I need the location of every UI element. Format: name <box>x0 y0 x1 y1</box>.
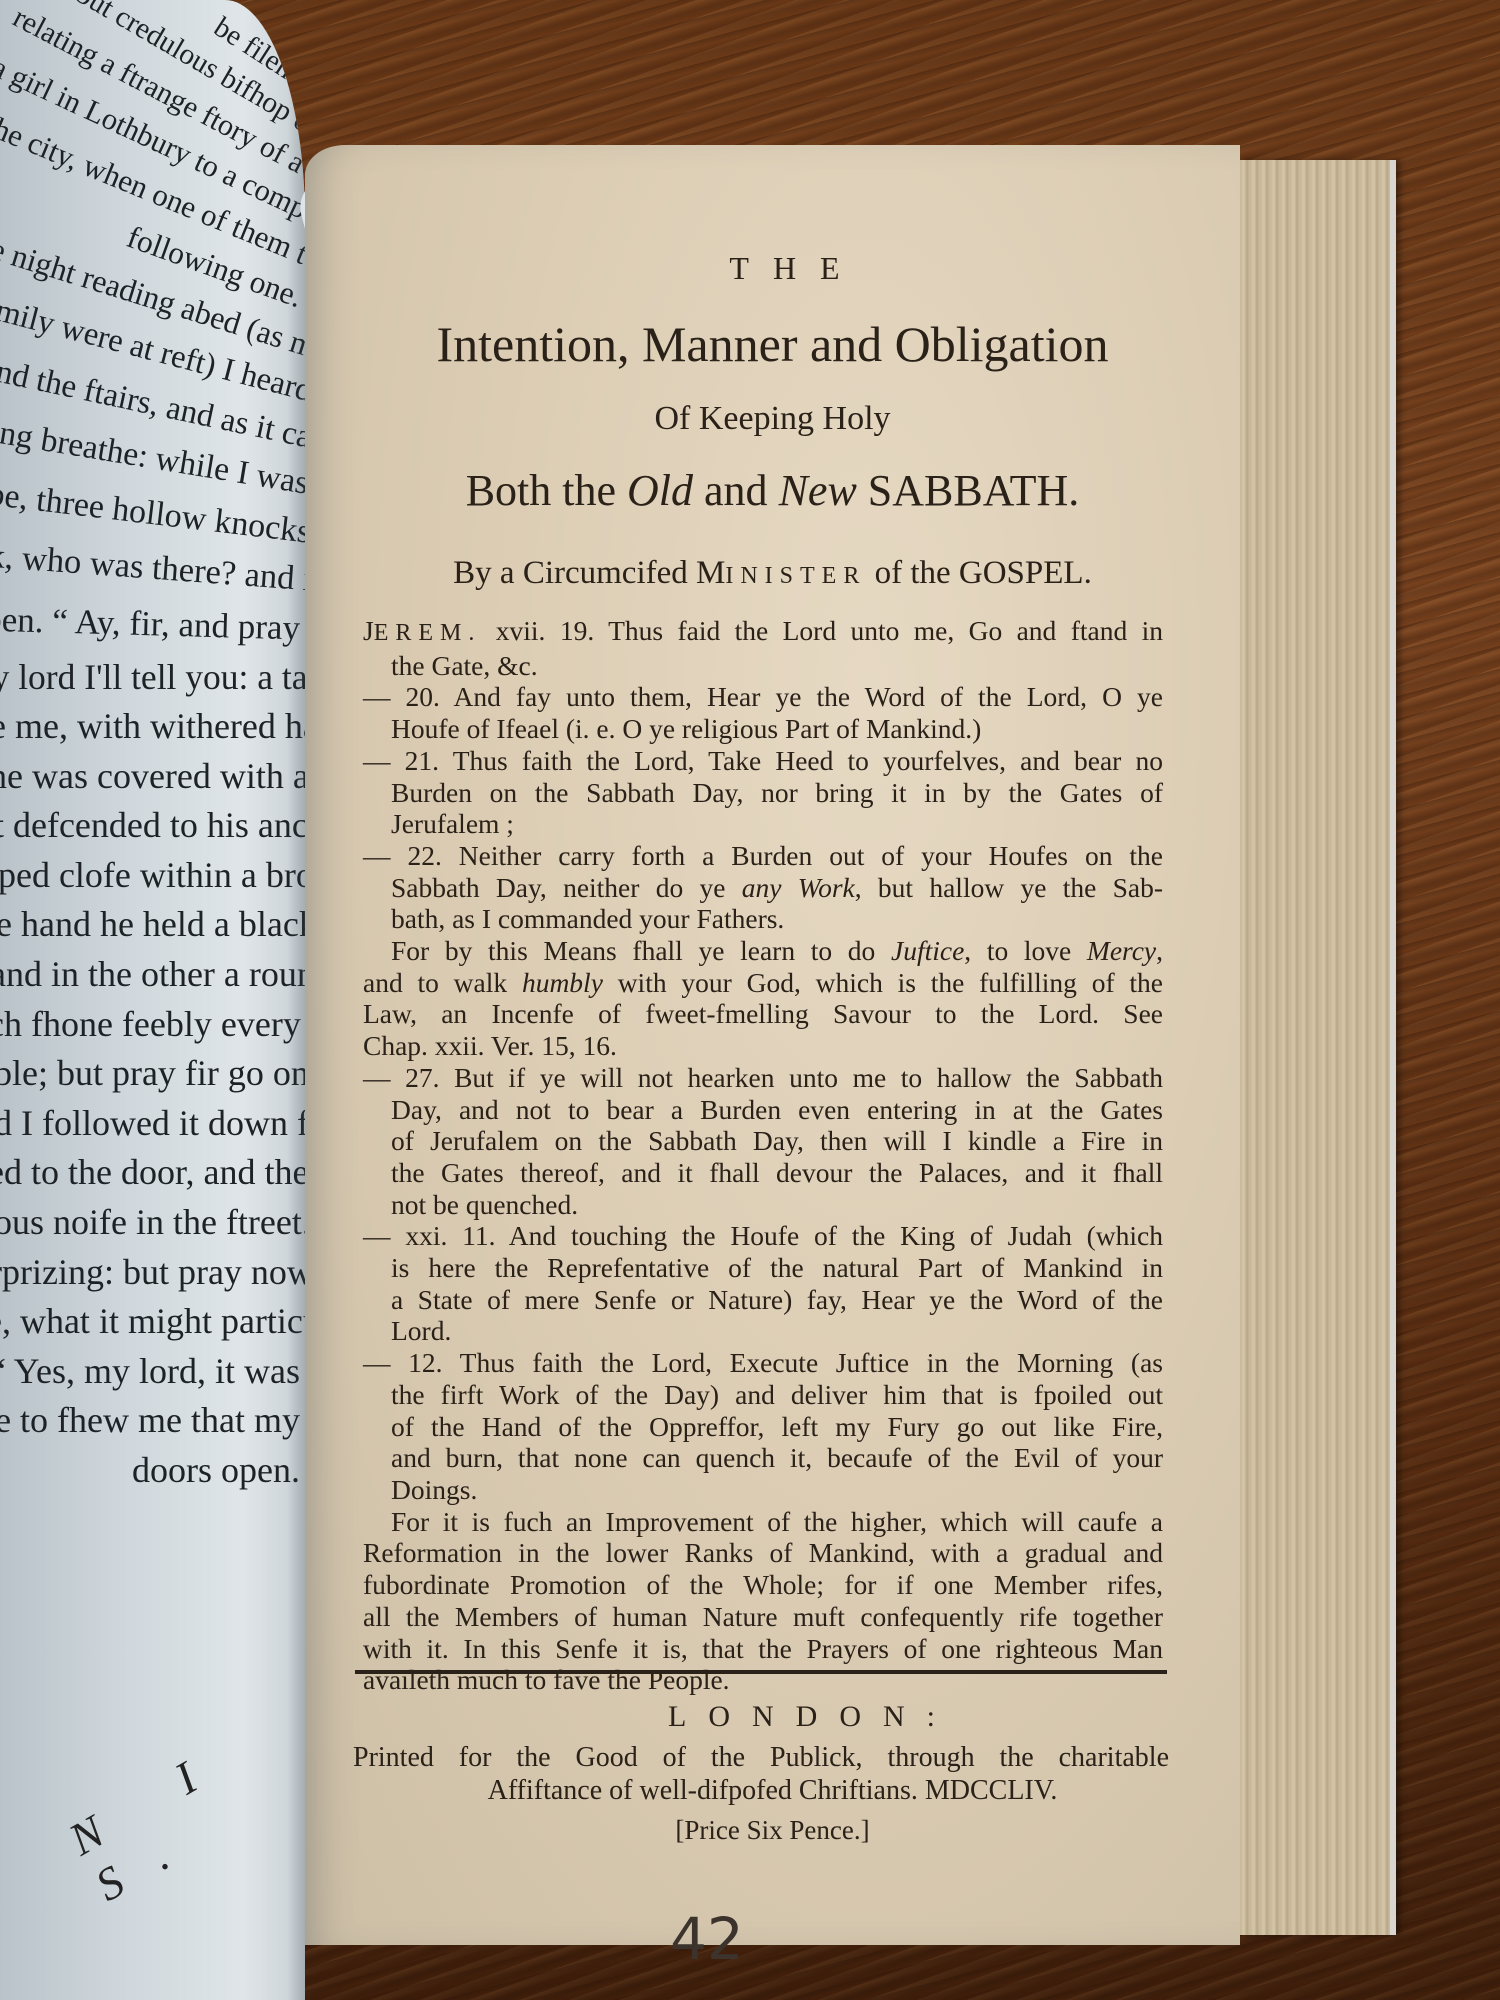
text-run: — 22. Neither carry forth a Burden out o… <box>363 840 1163 871</box>
text-line: Chap. xxii. Ver. 15, 16. <box>363 1030 1163 1062</box>
page-title: Intention, Manner and Obligation <box>305 315 1240 373</box>
text-run: Reformation in the lower Ranks of Mankin… <box>363 1537 1163 1568</box>
text-run: a State of mere Senfe or Nature) fay, He… <box>391 1284 1163 1315</box>
text-run: , but hallow ye the Sab- <box>855 872 1163 903</box>
left-page-line: pen. “ Ay, fir, and pray <box>0 595 305 653</box>
text-line: — 27. But if ye will not hearken unto me… <box>363 1062 1163 1094</box>
imprint-line-2: Affiftance of well-difpofed Chriftians. … <box>305 1775 1240 1807</box>
finis-text: N I S. <box>60 1698 305 1912</box>
text-line: the firft Work of the Day) and deliver h… <box>363 1379 1163 1411</box>
text-line: Day, and not to bear a Burden even enter… <box>363 1094 1163 1126</box>
text-run: Jerufalem ; <box>391 808 514 839</box>
byline-post: of the GOSPEL. <box>866 555 1092 591</box>
text-line: Houfe of Ifeael (i. e. O ye religious Pa… <box>363 713 1163 745</box>
text-run: availeth much to fave the People. <box>363 1664 730 1695</box>
text-run: , <box>1156 935 1163 966</box>
imprint-price: [Price Six Pence.] <box>305 1815 1240 1846</box>
text-line: — 22. Neither carry forth a Burden out o… <box>363 840 1163 872</box>
text-line: is here the Reprefentative of the natura… <box>363 1252 1163 1284</box>
italic-run: any Work <box>742 872 855 903</box>
left-page-line: and I followed it down ft <box>0 1099 305 1149</box>
text-run: — 27. But if ye will not hearken unto me… <box>363 1062 1163 1093</box>
left-page-line: deous noife in the ftreet. “T <box>0 1198 305 1248</box>
text-run: — 21. Thus faith the Lord, Take Heed to … <box>363 745 1163 776</box>
text-run: Day, and not to bear a Burden even enter… <box>391 1094 1163 1125</box>
text-line: a State of mere Senfe or Nature) fay, He… <box>363 1284 1163 1316</box>
subtitle: Of Keeping Holy <box>305 400 1240 438</box>
text-run: all the Members of human Nature muft con… <box>363 1601 1163 1632</box>
italic-run: Mercy <box>1087 935 1156 966</box>
left-page-line: one hand he held a black <box>0 900 305 950</box>
text-line: Reformation in the lower Ranks of Mankin… <box>363 1537 1163 1569</box>
text-line: all the Members of human Nature muft con… <box>363 1601 1163 1633</box>
text-run: Lord. <box>391 1315 451 1346</box>
text-line: fubordinate Promotion of the Whole; for … <box>363 1569 1163 1601</box>
subtitle-mid: and <box>693 466 779 515</box>
left-page-line: lafped clofe within a broad <box>0 851 305 901</box>
left-page-line: hat defcended to his ancles, <box>0 801 305 851</box>
text-run: and to walk <box>363 967 522 998</box>
text-run: with it. In this Senfe it is, that the P… <box>363 1633 1163 1664</box>
text-run: xvii. 19. Thus faid the Lord unto me, Go… <box>481 615 1163 646</box>
left-page-line: doors open. <box>0 1446 305 1496</box>
gutter-shadow <box>287 0 305 2000</box>
italic-run: humbly <box>522 967 603 998</box>
text-run: of Jerufalem on the Sabbath Day, then wi… <box>391 1125 1163 1156</box>
byline-minister-initial: M <box>696 555 725 591</box>
text-line: Lord. <box>363 1315 1163 1347</box>
text-line: the Gate, &c. <box>363 650 1163 682</box>
text-line: For by this Means fhall ye learn to do J… <box>363 935 1163 967</box>
text-line: Burden on the Sabbath Day, nor bring it … <box>363 777 1163 809</box>
text-run: of the Hand of the Oppreffor, left my Fu… <box>391 1411 1163 1442</box>
text-run: and burn, that none can quench it, becau… <box>391 1442 1163 1473</box>
subtitle-pre: Both the <box>466 466 627 515</box>
text-line: not be quenched. <box>363 1189 1163 1221</box>
left-page-line: ice, what it might particul <box>0 1297 305 1347</box>
left-page-line: “ Yes, my lord, it was <box>0 1347 305 1397</box>
title-page: THE Intention, Manner and Obligation Of … <box>305 145 1240 1945</box>
left-page-line: furprizing: but pray now, <box>0 1248 305 1298</box>
text-run: not be quenched. <box>391 1189 578 1220</box>
text-run: Burden on the Sabbath Day, nor bring it … <box>391 777 1163 808</box>
subtitle-new: New <box>779 466 857 515</box>
page-block-edge <box>1240 160 1396 1935</box>
text-line: For it is fuch an Improvement of the hig… <box>363 1506 1163 1538</box>
subtitle-post: SABBATH. <box>857 466 1080 515</box>
text-run: Doings. <box>391 1474 477 1505</box>
text-line: Jerufalem ; <box>363 808 1163 840</box>
horizontal-rule <box>355 1670 1167 1674</box>
text-run: bath, as I commanded your Fathers. <box>391 903 784 934</box>
text-run: J <box>363 615 374 646</box>
text-line: — 20. And fay unto them, Hear ye the Wor… <box>363 681 1163 713</box>
text-run: Sabbath Day, neither do ye <box>391 872 742 903</box>
text-run: the Gates thereof, and it fhall devour t… <box>391 1157 1163 1188</box>
text-line: — xxi. 11. And touching the Houfe of the… <box>363 1220 1163 1252</box>
text-run: is here the Reprefentative of the natura… <box>391 1252 1163 1283</box>
left-page-line: My lord I'll tell you: a tal <box>0 653 305 702</box>
text-run: — 20. And fay unto them, Hear ye the Wor… <box>363 681 1163 712</box>
text-run: Chap. xxii. Ver. 15, 16. <box>363 1030 617 1061</box>
byline-pre: By a Circumcifed <box>453 555 696 591</box>
byline: By a Circumcifed Minister of the GOSPEL. <box>305 555 1240 592</box>
text-run: the firft Work of the Day) and deliver h… <box>391 1379 1163 1410</box>
text-line: with it. In this Senfe it is, that the P… <box>363 1633 1163 1665</box>
imprint-city: LONDON: <box>305 1700 1280 1734</box>
text-run: — 12. Thus faith the Lord, Execute Jufti… <box>363 1347 1163 1378</box>
text-run: Houfe of Ifeael (i. e. O ye religious Pa… <box>391 713 981 744</box>
text-run: For it is fuch an Improvement of the hig… <box>391 1506 1163 1537</box>
header-the: THE <box>305 250 1264 287</box>
text-run: fubordinate Promotion of the Whole; for … <box>363 1569 1163 1600</box>
left-page-text: to anfwer it, 'tis as foply, and if they… <box>0 0 305 1496</box>
pencil-annotation: 42 <box>670 1905 744 1973</box>
text-run: with your God, which is the fulfilling o… <box>603 967 1163 998</box>
left-page-line: hich fhone feebly every <box>0 1000 305 1050</box>
text-run: EREM. <box>374 620 482 646</box>
left-page-line: nted to the door, and then <box>0 1148 305 1198</box>
imprint-line-1: Printed for the Good of the Publick, thr… <box>353 1742 1169 1774</box>
text-line: Law, an Incenfe of fweet-fmelling Savour… <box>363 998 1163 1030</box>
left-page-line: t; he was covered with a <box>0 752 305 802</box>
text-line: of Jerufalem on the Sabbath Day, then wi… <box>363 1125 1163 1157</box>
text-line: and burn, that none can quench it, becau… <box>363 1442 1163 1474</box>
text-line: Doings. <box>363 1474 1163 1506</box>
left-page-line: f, and in the other a round b <box>0 950 305 1000</box>
text-run: For by this Means fhall ye learn to do <box>391 935 891 966</box>
text-line: of the Hand of the Oppreffor, left my Fu… <box>363 1411 1163 1443</box>
byline-minister-rest: inister <box>725 563 866 589</box>
scripture-body: JEREM. xvii. 19. Thus faid the Lord unto… <box>363 615 1163 1696</box>
left-page-line: me to fhew me that my <box>0 1396 305 1446</box>
subtitle-old: Old <box>627 466 693 515</box>
text-line: bath, as I commanded your Fathers. <box>363 903 1163 935</box>
text-line: the Gates thereof, and it fhall devour t… <box>363 1157 1163 1189</box>
text-line: availeth much to fave the People. <box>363 1664 1163 1696</box>
left-page-line: kable; but pray fir go on.” <box>0 1049 305 1099</box>
italic-run: Juftice <box>891 935 964 966</box>
text-run: the Gate, &c. <box>391 650 538 681</box>
text-run: — xxi. 11. And touching the Houfe of the… <box>363 1220 1163 1251</box>
subtitle-sabbath: Both the Old and New SABBATH. <box>305 465 1240 516</box>
text-line: JEREM. xvii. 19. Thus faid the Lord unto… <box>363 615 1163 650</box>
text-line: and to walk humbly with your God, which … <box>363 967 1163 999</box>
left-page-line: ore me, with withered hair, <box>0 702 305 752</box>
text-line: Sabbath Day, neither do ye any Work, but… <box>363 872 1163 904</box>
left-facing-page: to anfwer it, 'tis as foply, and if they… <box>0 0 305 2000</box>
text-line: — 12. Thus faith the Lord, Execute Jufti… <box>363 1347 1163 1379</box>
text-run: Law, an Incenfe of fweet-fmelling Savour… <box>363 998 1163 1029</box>
text-line: — 21. Thus faith the Lord, Take Heed to … <box>363 745 1163 777</box>
text-run: , to love <box>964 935 1087 966</box>
